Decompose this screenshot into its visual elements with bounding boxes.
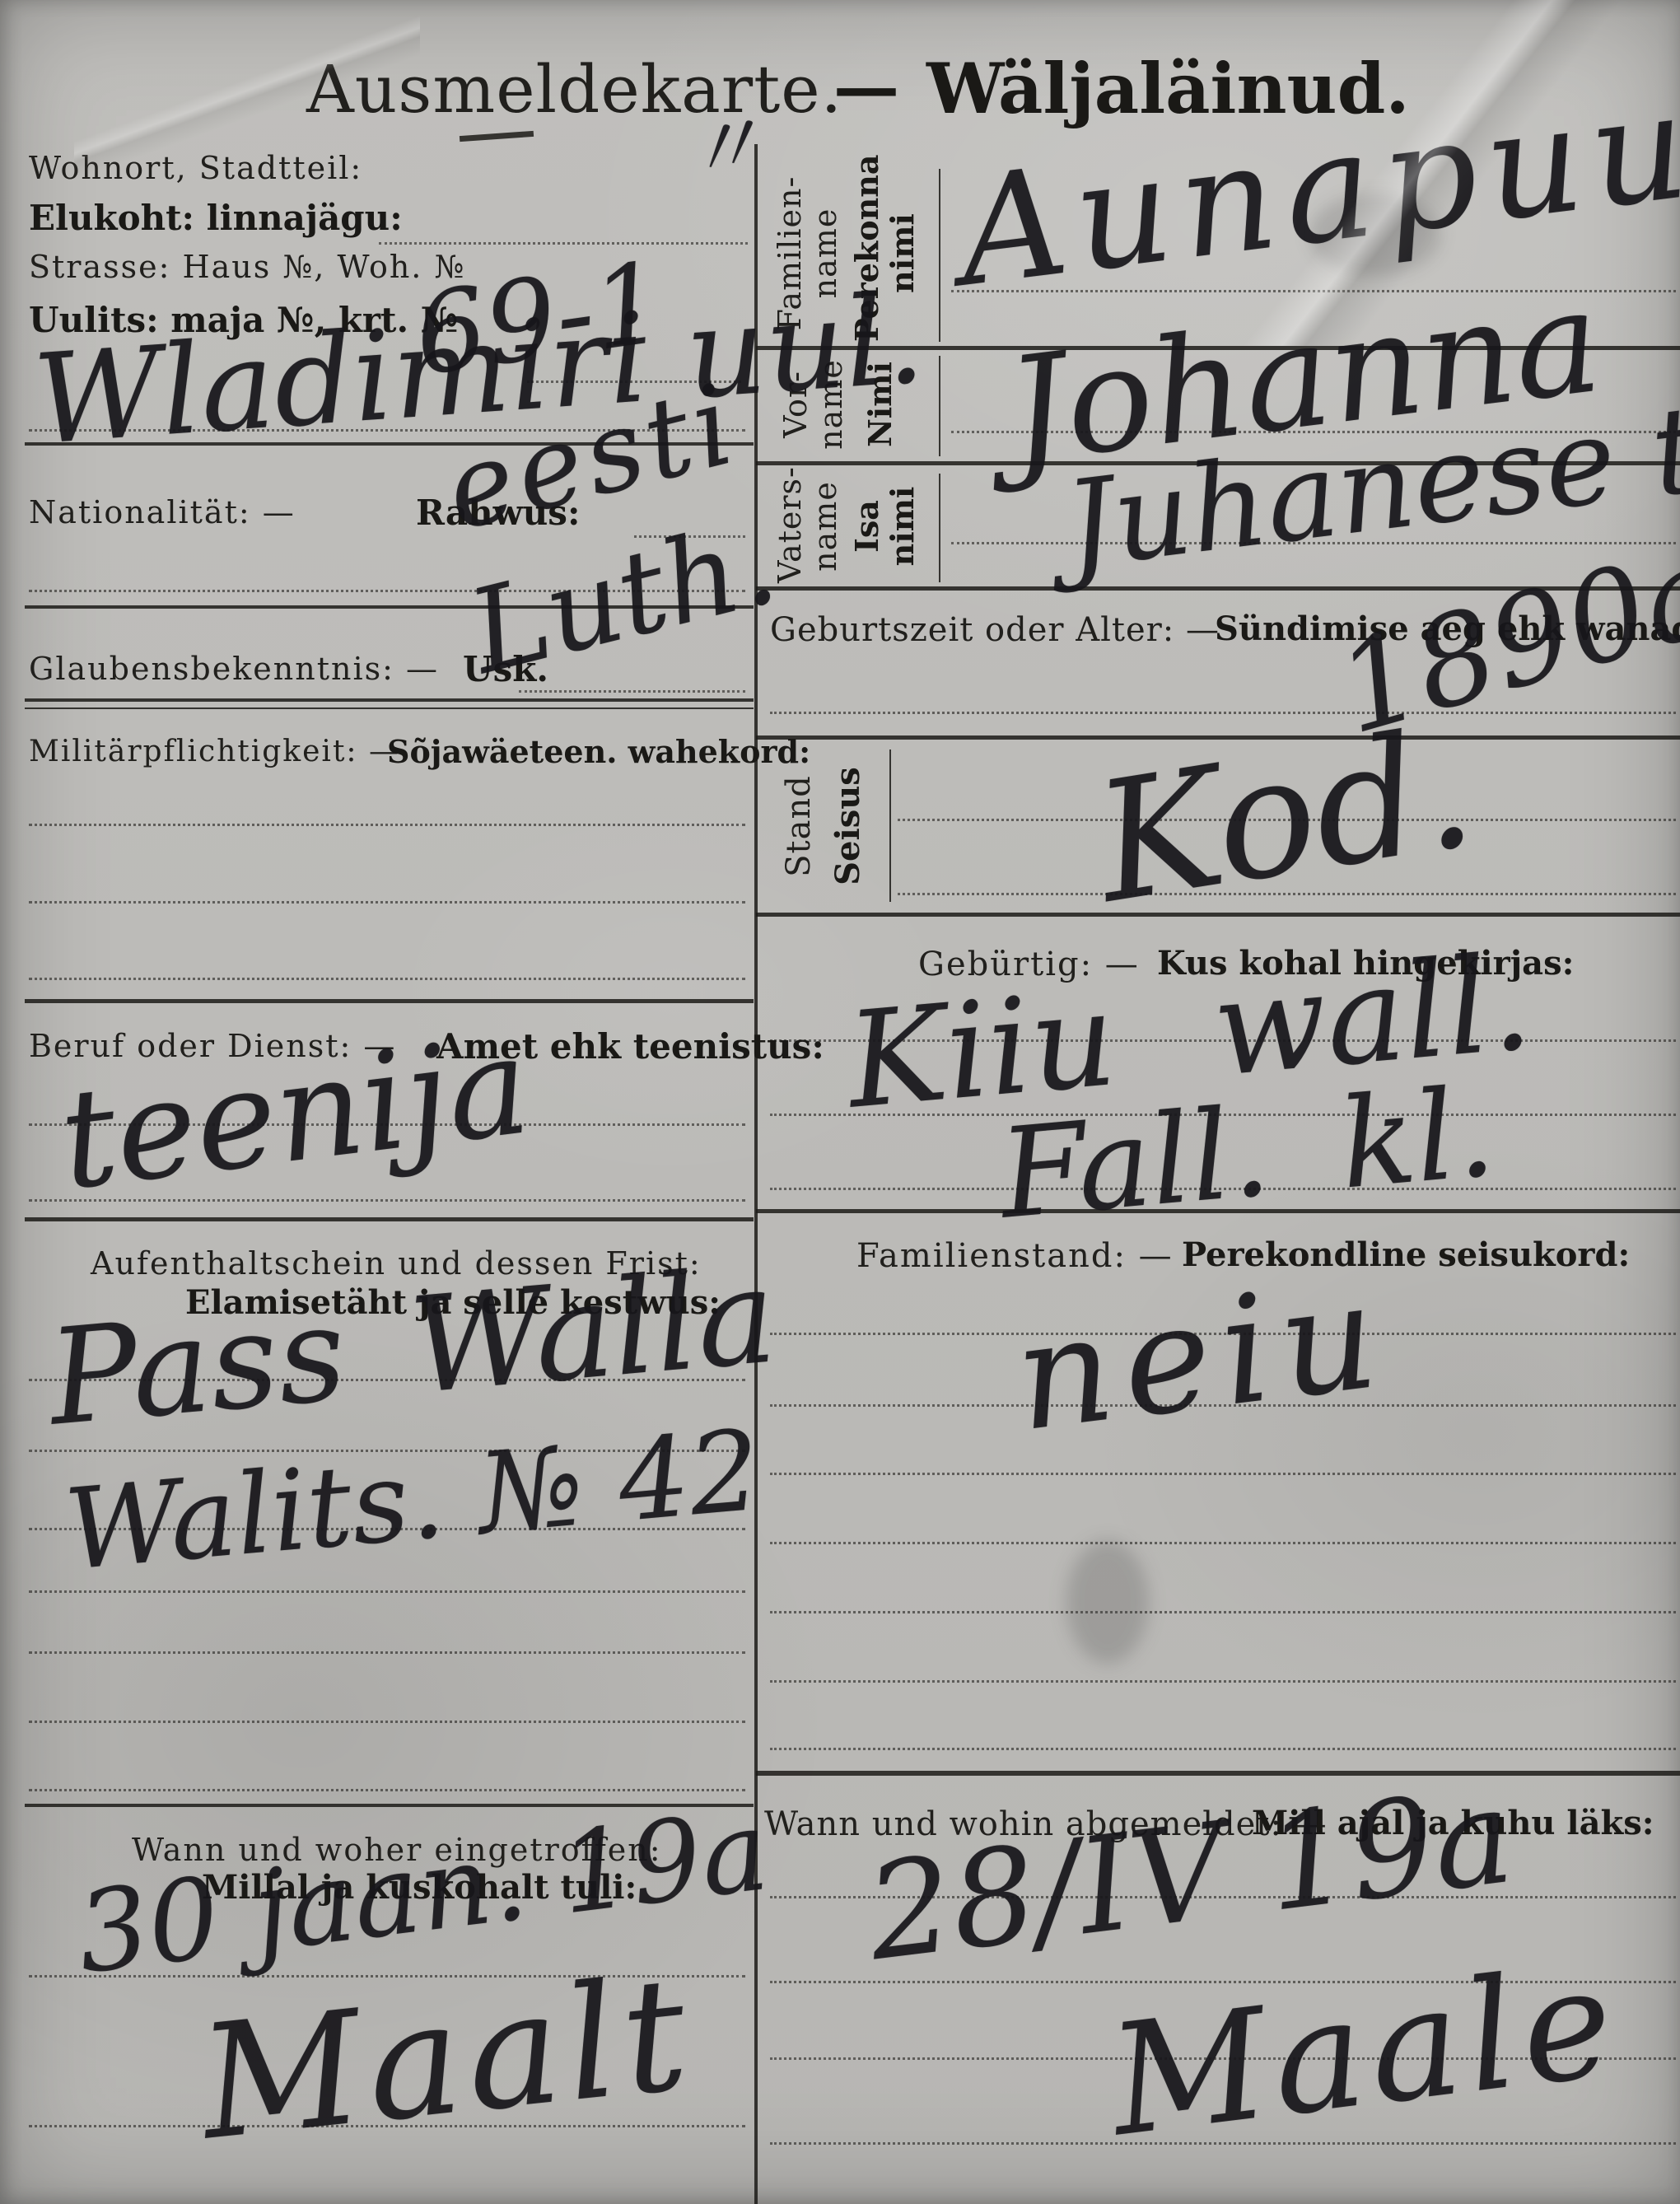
title-underline-flourish bbox=[460, 131, 534, 142]
label-stand-de: Stand bbox=[781, 748, 818, 904]
label-geburtszeit-de: Geburtszeit oder Alter: — bbox=[770, 611, 1220, 649]
label-strasse-de: Strasse: Haus №, Woh. № bbox=[29, 249, 465, 285]
section-rule bbox=[25, 999, 754, 1003]
dotted-line bbox=[29, 901, 745, 904]
handwritten-departure-to: Maale bbox=[1101, 1931, 1628, 2170]
dotted-line bbox=[770, 1680, 1676, 1683]
dotted-line bbox=[770, 712, 1676, 714]
label-militaerpflichtigkeit-de: Militärpflichtigkeit: — bbox=[29, 735, 400, 768]
dotted-line bbox=[379, 242, 748, 245]
dotted-line bbox=[770, 1748, 1676, 1750]
title-dash: — bbox=[833, 48, 899, 125]
dotted-line bbox=[770, 1542, 1676, 1544]
label-isa-nimi-et: Isa nimi bbox=[850, 469, 920, 583]
dotted-line bbox=[770, 1473, 1676, 1475]
title-german: Ausmeldekarte. bbox=[306, 51, 842, 128]
label-wohnort-de: Wohnort, Stadtteil: bbox=[29, 150, 362, 186]
ausmeldekarte-card: Ausmeldekarte. — Wäljaläinud. Wohnort, S… bbox=[0, 0, 1680, 2204]
label-separator-rule bbox=[939, 169, 940, 342]
dotted-line bbox=[29, 1789, 745, 1791]
dotted-line bbox=[29, 1590, 745, 1593]
row-rule bbox=[756, 1771, 1680, 1776]
dotted-line bbox=[29, 1651, 745, 1654]
dotted-line bbox=[29, 824, 745, 826]
section-rule bbox=[25, 1217, 754, 1221]
label-separator-rule bbox=[939, 474, 940, 582]
dotted-line bbox=[29, 978, 745, 980]
label-nationalitaet-de: Nationalität: — bbox=[29, 494, 296, 530]
paper-stain bbox=[1066, 1540, 1149, 1664]
label-vatersname-de: Vaters- name bbox=[772, 469, 842, 583]
label-seisus-et: Seisus bbox=[830, 748, 867, 904]
dotted-line bbox=[770, 1611, 1676, 1613]
label-glaubensbekenntnis-de: Glaubensbekenntnis: — bbox=[29, 651, 439, 687]
label-separator-rule bbox=[889, 749, 891, 902]
handwritten-marital-status: neiu bbox=[1006, 1249, 1397, 1465]
section-rule bbox=[25, 707, 754, 709]
dotted-line bbox=[519, 690, 745, 693]
label-elukoht-et: Elukoht: linnajägu: bbox=[29, 198, 403, 238]
label-sojawaeteen-et: Sõjawäeteen. wahekord: bbox=[387, 733, 810, 770]
section-rule bbox=[25, 698, 754, 702]
dotted-line bbox=[29, 1721, 745, 1723]
handwritten-status: Kod. bbox=[1085, 692, 1486, 940]
label-separator-rule bbox=[939, 356, 940, 456]
